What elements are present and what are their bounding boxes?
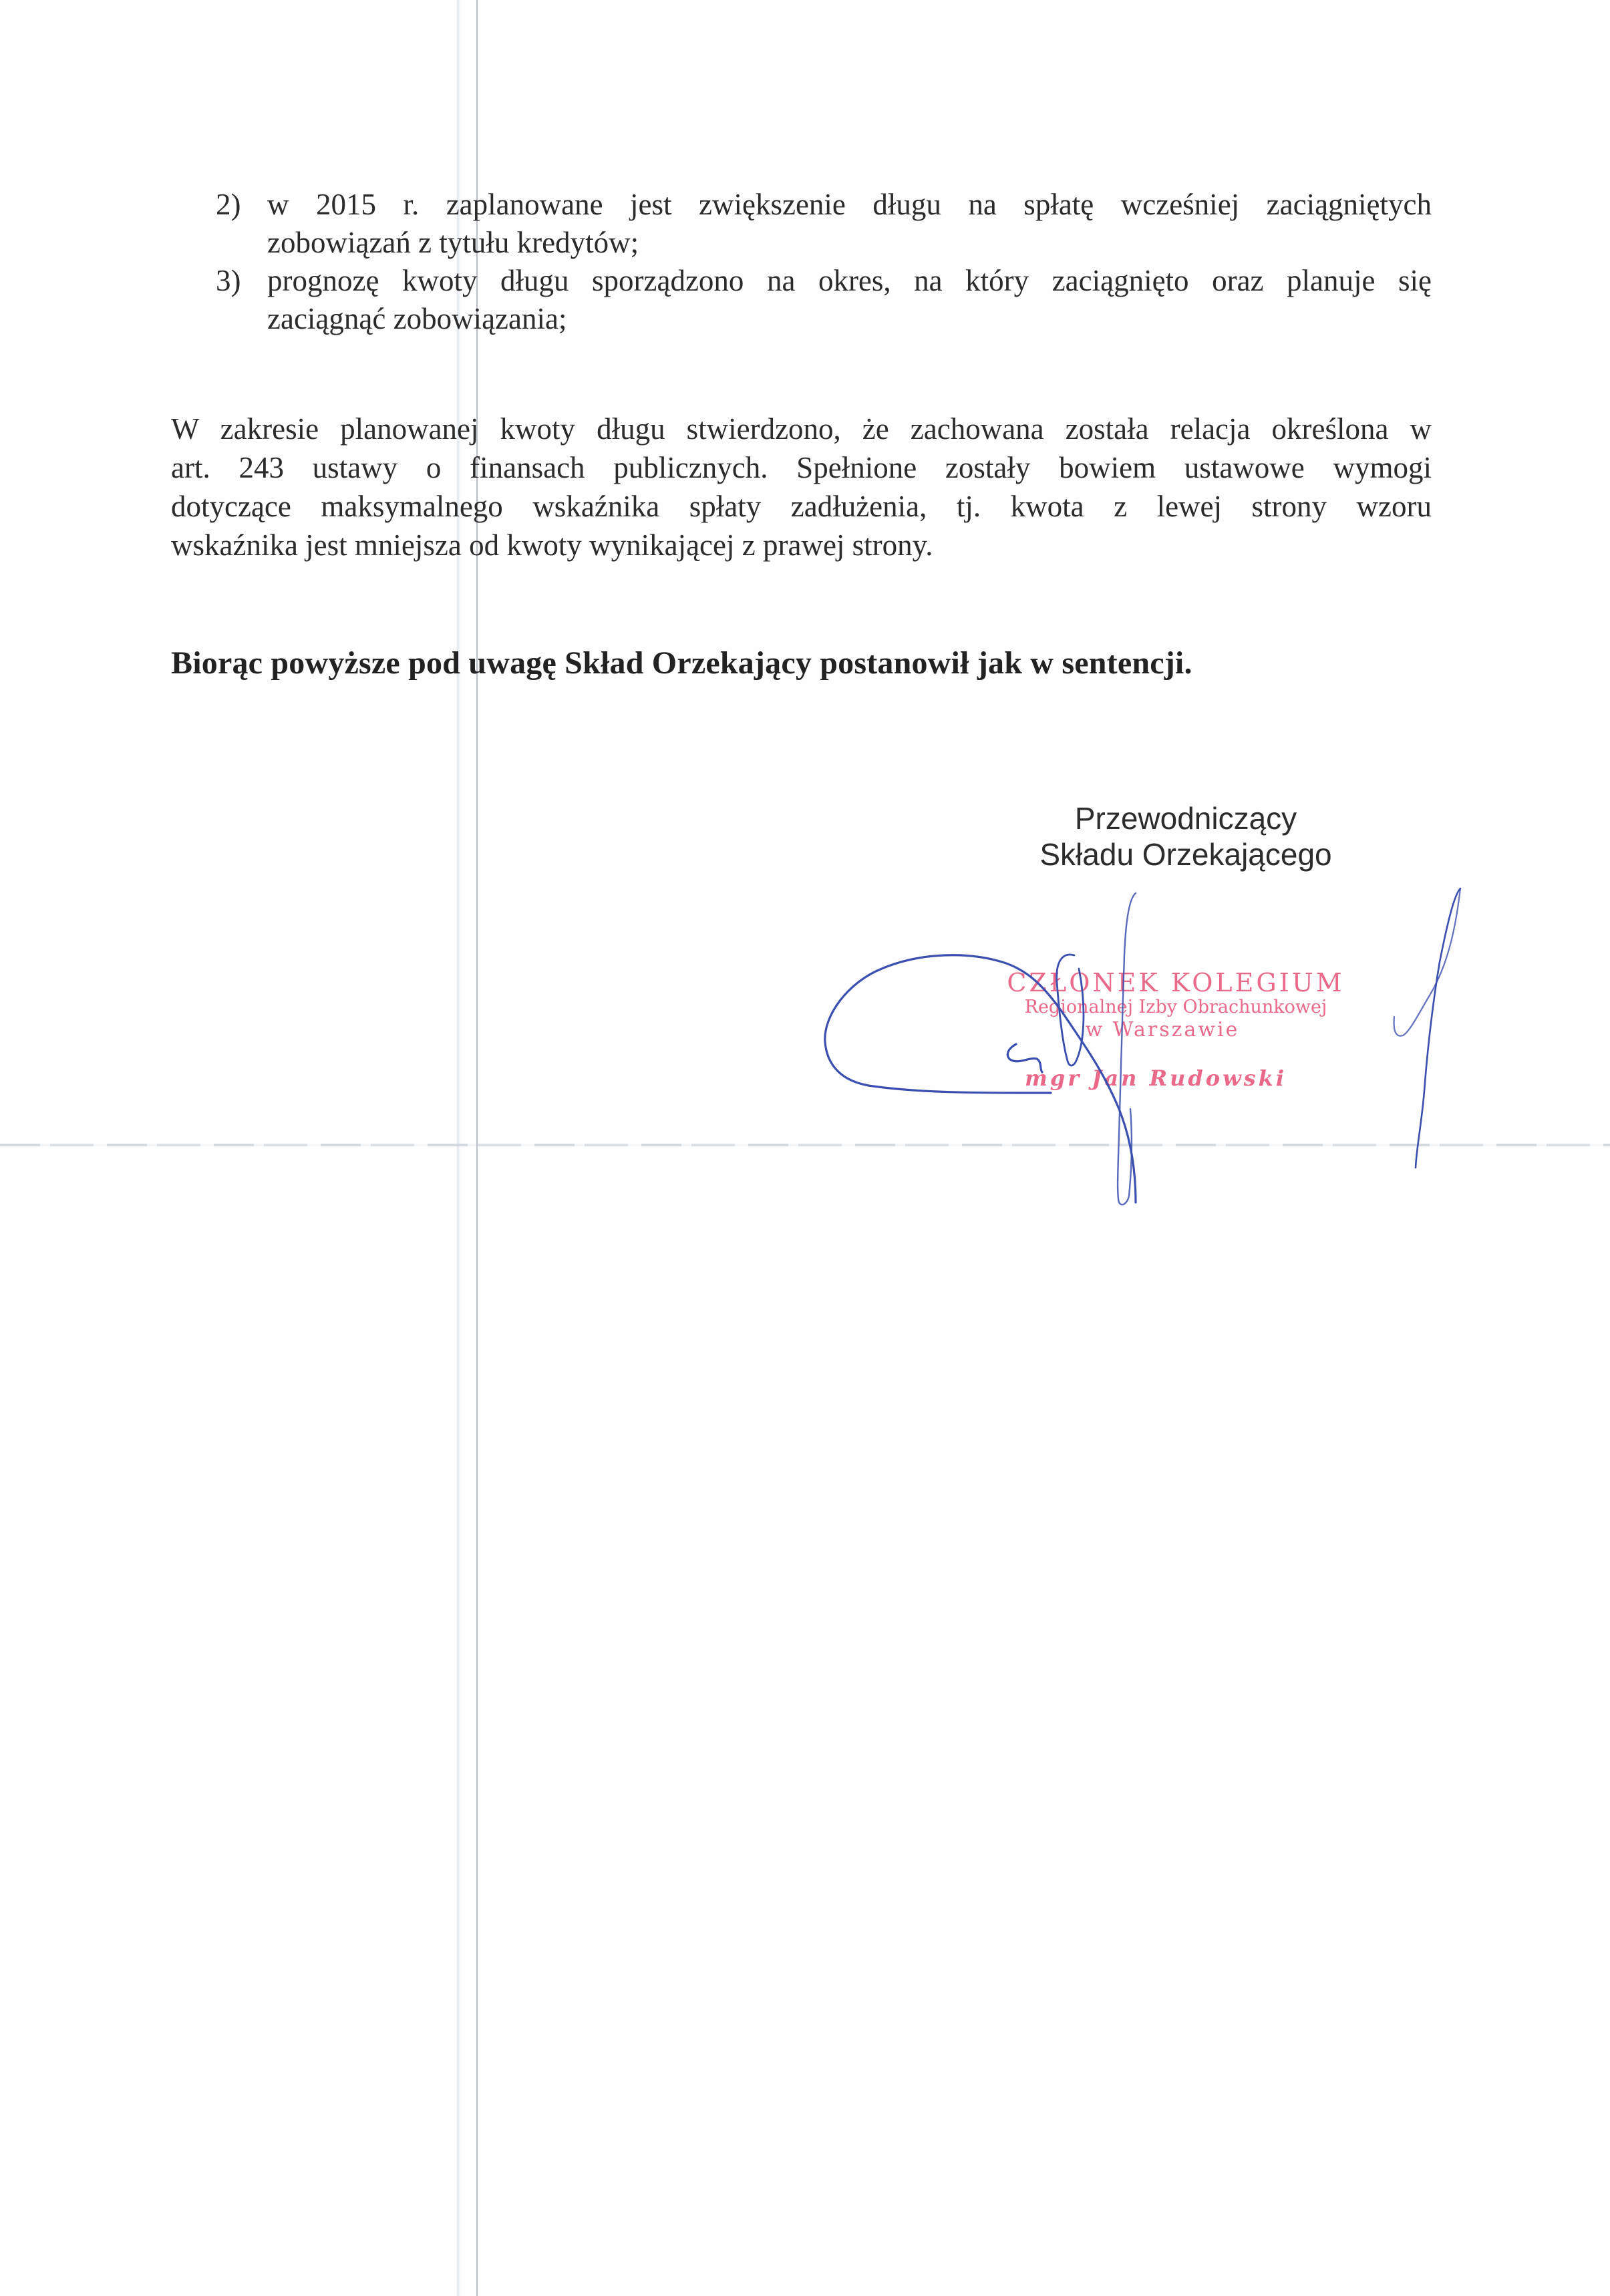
stamp-line: Regionalnej Izby Obrachunkowej — [962, 997, 1390, 1018]
list-item-text-line: w 2015 r. zaplanowane jest zwiększenie d… — [267, 186, 1432, 224]
horizontal-fold-line — [0, 1144, 1610, 1146]
list-item-text-line: zaciągnąć zobowiązania; — [267, 302, 567, 335]
debt-assessment-paragraph: W zakresie planowanej kwoty długu stwier… — [171, 409, 1432, 564]
list-item-number: 2) — [216, 186, 241, 224]
vertical-scan-line — [476, 0, 478, 2296]
list-item-number: 3) — [216, 262, 241, 300]
vertical-fold-line — [456, 0, 460, 2296]
paragraph-line: dotyczące maksymalnego wskaźnika spłaty … — [171, 487, 1432, 526]
stamp-name: mgr Jan Rudowski — [922, 1065, 1390, 1092]
document-page: 2) w 2015 r. zaplanowane jest zwiększeni… — [0, 0, 1610, 2296]
paragraph-line: art. 243 ustawy o finansach publicznych.… — [171, 448, 1432, 487]
findings-list: 2) w 2015 r. zaplanowane jest zwiększeni… — [216, 186, 1432, 338]
signatory-title-line: Przewodniczący — [999, 800, 1373, 836]
list-item-text-line: zobowiązań z tytułu kredytów; — [267, 226, 639, 259]
official-stamp: CZŁONEK KOLEGIUM Regionalnej Izby Obrach… — [922, 969, 1390, 1092]
paragraph-line: W zakresie planowanej kwoty długu stwier… — [171, 409, 1432, 448]
list-item: 2) w 2015 r. zaplanowane jest zwiększeni… — [216, 186, 1432, 262]
conclusion-statement: Biorąc powyższe pod uwagę Skład Orzekają… — [171, 645, 1192, 681]
signatory-title: Przewodniczący Składu Orzekającego — [999, 800, 1373, 872]
signatory-title-line: Składu Orzekającego — [999, 836, 1373, 872]
list-item-text-line: prognozę kwoty długu sporządzono na okre… — [267, 262, 1432, 300]
stamp-line: w Warszawie — [935, 1018, 1390, 1042]
stamp-line: CZŁONEK KOLEGIUM — [962, 969, 1390, 997]
list-item: 3) prognozę kwoty długu sporządzono na o… — [216, 262, 1432, 338]
handwritten-signature — [0, 0, 1610, 2296]
paragraph-line: wskaźnika jest mniejsza od kwoty wynikaj… — [171, 526, 1432, 564]
